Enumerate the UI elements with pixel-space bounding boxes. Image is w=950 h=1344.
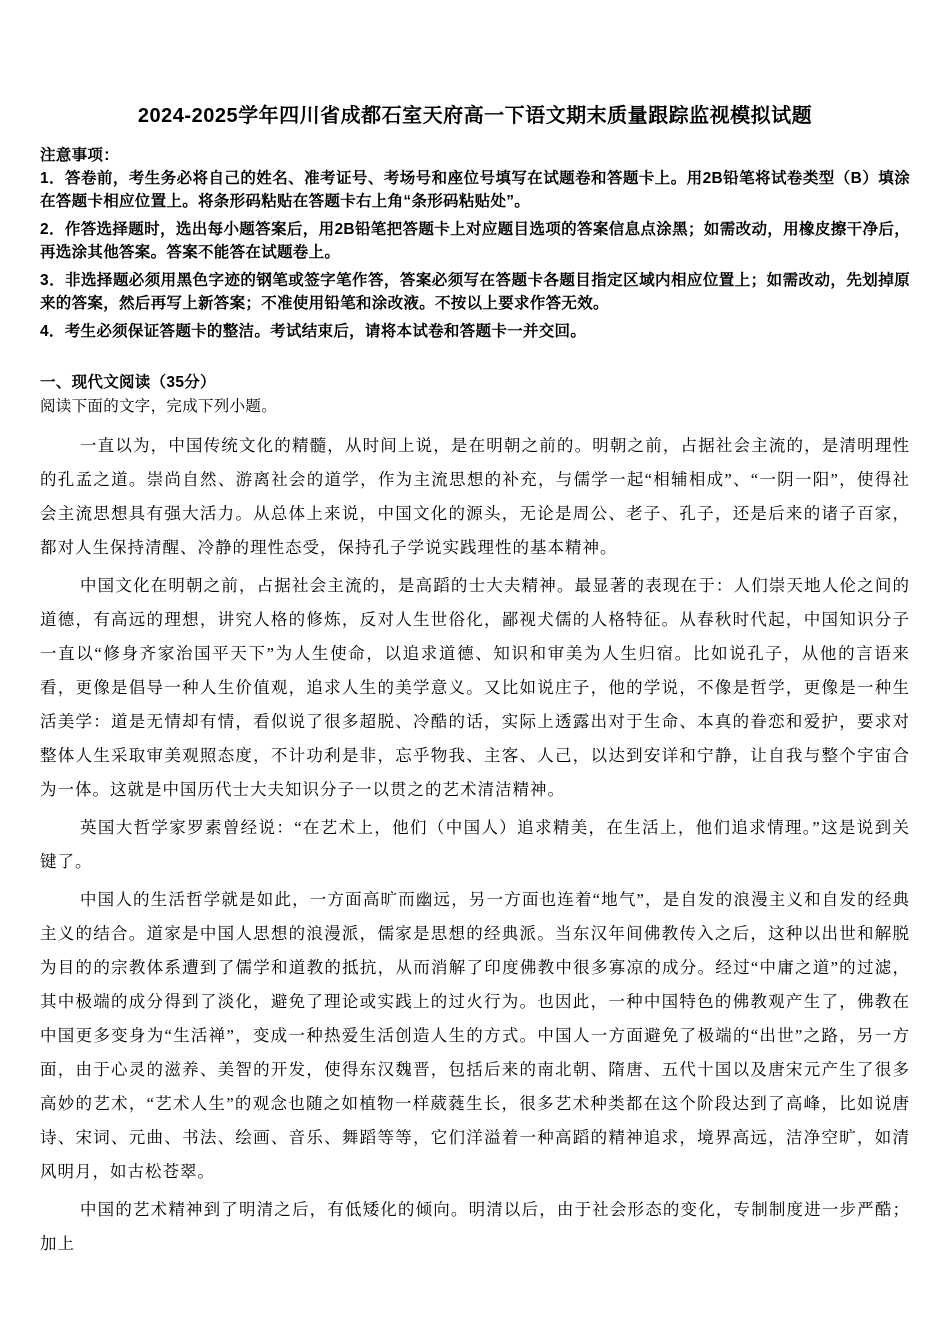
notice-item-4: 4．考生必须保证答题卡的整洁。考试结束后，请将本试卷和答题卡一并交回。 xyxy=(40,320,910,343)
passage-paragraph-5: 中国的艺术精神到了明清之后，有低矮化的倾向。明清以后，由于社会形态的变化，专制制… xyxy=(40,1193,910,1261)
notice-item-2: 2．作答选择题时，选出每小题答案后，用2B铅笔把答题卡上对应题目选项的答案信息点… xyxy=(40,218,910,264)
passage-paragraph-4: 中国人的生活哲学就是如此，一方面高旷而幽远，另一方面也连着“地气”，是自发的浪漫… xyxy=(40,883,910,1189)
notice-section: 注意事项： 1．答卷前，考生务必将自己的姓名、准考证号、考场号和座位号填写在试题… xyxy=(40,144,910,343)
passage-paragraph-3: 英国大哲学家罗素曾经说：“在艺术上，他们（中国人）追求精美，在生活上，他们追求情… xyxy=(40,811,910,879)
exam-paper-page: 2024-2025学年四川省成都石室天府高一下语文期末质量跟踪监视模拟试题 注意… xyxy=(0,0,950,1344)
notice-item-3: 3．非选择题必须用黑色字迹的钢笔或签字笔作答，答案必须写在答题卡各题目指定区域内… xyxy=(40,269,910,315)
reading-passage: 一直以为，中国传统文化的精髓，从时间上说，是在明朝之前的。明朝之前，占据社会主流… xyxy=(40,429,910,1261)
exam-title: 2024-2025学年四川省成都石室天府高一下语文期末质量跟踪监视模拟试题 xyxy=(40,102,910,130)
section-heading: 一、现代文阅读（35分） xyxy=(40,371,910,395)
modern-reading-section: 一、现代文阅读（35分） 阅读下面的文字，完成下列小题。 一直以为，中国传统文化… xyxy=(40,371,910,1261)
passage-paragraph-2: 中国文化在明朝之前，占据社会主流的，是高蹈的士大夫精神。最显著的表现在于：人们崇… xyxy=(40,569,910,807)
notice-item-1: 1．答卷前，考生务必将自己的姓名、准考证号、考场号和座位号填写在试题卷和答题卡上… xyxy=(40,167,910,213)
passage-paragraph-1: 一直以为，中国传统文化的精髓，从时间上说，是在明朝之前的。明朝之前，占据社会主流… xyxy=(40,429,910,565)
notice-label: 注意事项： xyxy=(40,144,910,167)
reading-instruction: 阅读下面的文字，完成下列小题。 xyxy=(40,395,910,419)
